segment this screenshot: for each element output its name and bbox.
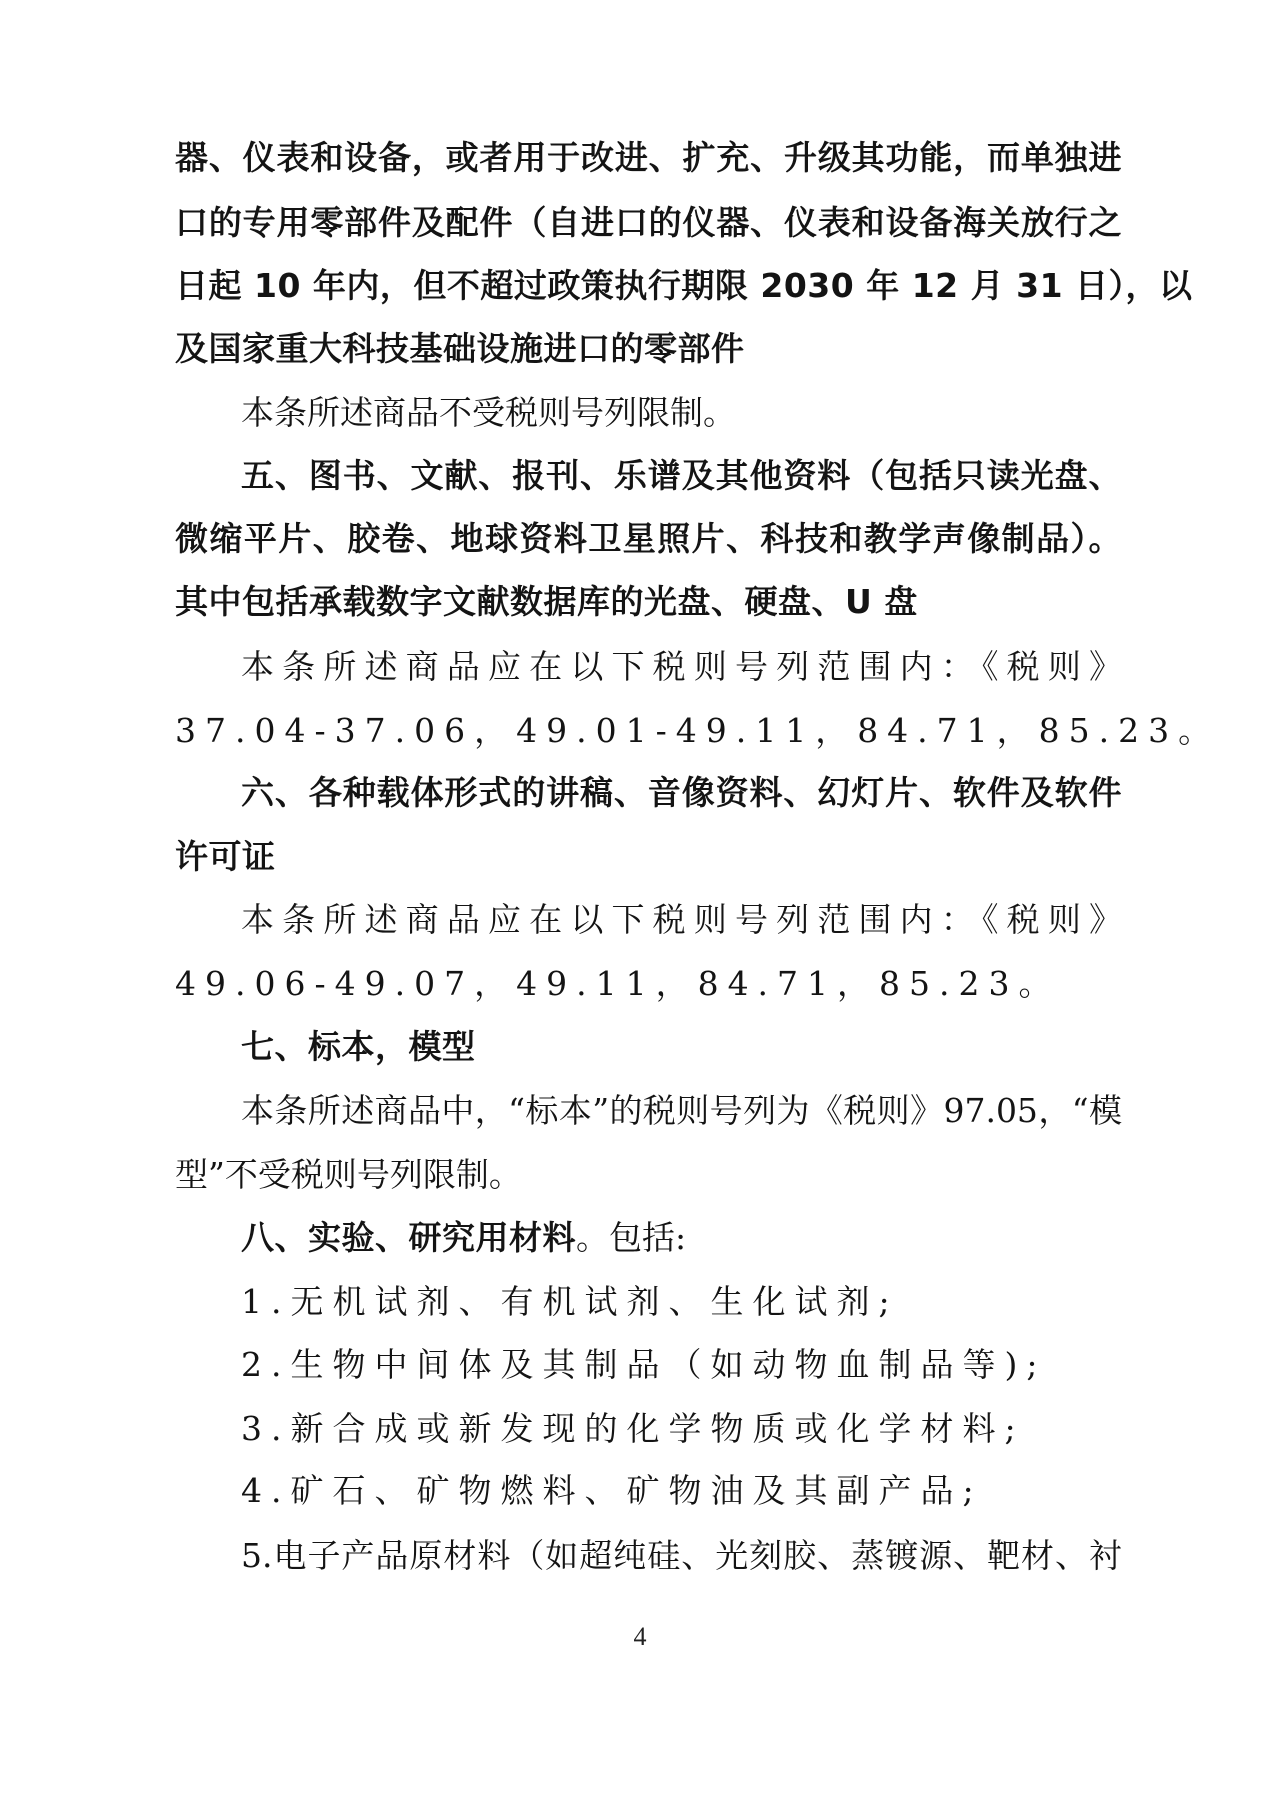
tariff-codes: 37.04-37.06，49.01-49.11，84.71，85.23。 <box>175 706 1122 756</box>
list-item: 1.无机试剂、有机试剂、生化试剂; <box>241 1277 1122 1327</box>
tariff-note: 本条所述商品应在以下税则号列范围内：《税则》 <box>241 895 1122 945</box>
paragraph-line: 日起 10 年内，但不超过政策执行期限 2030 年 12 月 31 日），以 <box>175 261 1122 311</box>
section-heading-6: 六、各种载体形式的讲稿、音像资料、幻灯片、软件及软件 <box>241 768 1122 818</box>
section-heading-8-title: 八、实验、研究用材料 <box>241 1218 576 1257</box>
list-item: 3.新合成或新发现的化学物质或化学材料; <box>241 1404 1122 1454</box>
section-heading-7: 七、标本，模型 <box>241 1022 1122 1072</box>
section-heading-8: 八、实验、研究用材料。包括: <box>241 1213 1122 1263</box>
tariff-codes: 49.06-49.07，49.11，84.71，85.23。 <box>175 959 1122 1009</box>
paragraph-line: 器、仪表和设备，或者用于改进、扩充、升级其功能，而单独进 <box>175 133 1122 183</box>
list-item: 5.电子产品原材料（如超纯硅、光刻胶、蒸镀源、靶材、衬 <box>241 1531 1122 1581</box>
section-heading-6-cont: 许可证 <box>175 832 1122 882</box>
section-heading-5: 五、图书、文献、报刊、乐谱及其他资料（包括只读光盘、 <box>241 451 1122 501</box>
section-heading-5-cont: 微缩平片、胶卷、地球资料卫星照片、科技和教学声像制品）。 <box>175 514 1122 564</box>
paragraph-line: 口的专用零部件及配件（自进口的仪器、仪表和设备海关放行之 <box>175 198 1122 248</box>
tariff-note: 本条所述商品中，“标本”的税则号列为《税则》97.05，“模 <box>241 1086 1122 1136</box>
tariff-note: 本条所述商品应在以下税则号列范围内：《税则》 <box>241 642 1122 692</box>
document-page: 器、仪表和设备，或者用于改进、扩充、升级其功能，而单独进 口的专用零部件及配件（… <box>0 0 1280 1810</box>
list-item: 2.生物中间体及其制品（如动物血制品等); <box>241 1340 1122 1390</box>
section-heading-8-suffix: 。包括: <box>576 1218 686 1257</box>
tariff-note-cont: 型”不受税则号列限制。 <box>175 1150 1122 1200</box>
tariff-note: 本条所述商品不受税则号列限制。 <box>241 388 1122 438</box>
page-number: 4 <box>0 1622 1280 1652</box>
section-heading-5-cont: 其中包括承载数字文献数据库的光盘、硬盘、U 盘 <box>175 577 1122 627</box>
paragraph-line: 及国家重大科技基础设施进口的零部件 <box>175 324 1122 374</box>
list-item: 4.矿石、矿物燃料、矿物油及其副产品; <box>241 1466 1122 1516</box>
